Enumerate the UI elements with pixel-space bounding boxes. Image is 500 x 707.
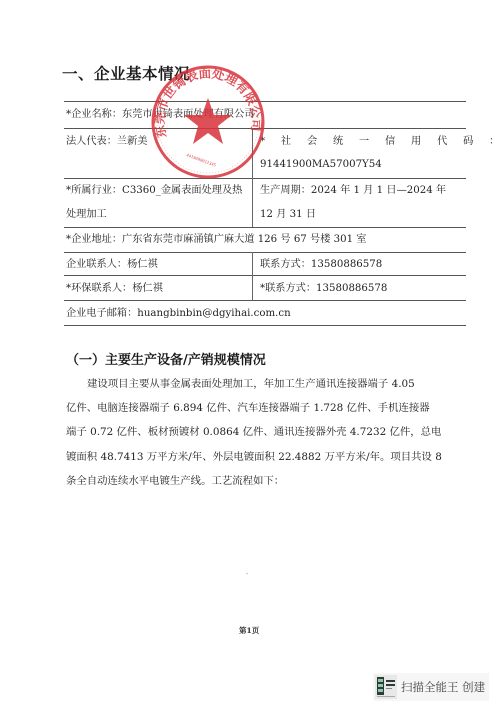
- industry-line-1: *所属行业：C3360_金属表面处理及热: [66, 183, 242, 199]
- table-rule: [64, 101, 466, 102]
- svg-text:4419000012345: 4419000012345: [186, 152, 218, 168]
- company-email: 企业电子邮箱：huangbinbin@dgyihai.com.cn: [66, 306, 291, 322]
- column-divider: [252, 128, 253, 178]
- credit-code-label: * 社 会 统 一 信 用 代 码 ：: [260, 134, 500, 150]
- table-rule: [64, 300, 466, 301]
- industry-line-2: 处理加工: [66, 207, 107, 223]
- env-contact-phone: *联系方式：13580886578: [260, 281, 387, 297]
- section-title: 一、企业基本情况: [62, 62, 190, 84]
- paragraph-line: 端子 0.72 亿件、板材预镀材 0.0864 亿件、通讯连接器外壳 4.723…: [66, 420, 476, 444]
- table-rule: [64, 227, 466, 228]
- paragraph-line: 条全自动连续水平电镀生产线。工艺流程如下：: [66, 469, 476, 493]
- paragraph-line: 建设项目主要从事金属表面处理加工，年加工生产通讯连接器端子 4.05: [66, 372, 476, 396]
- table-rule: [64, 252, 466, 253]
- legal-representative: 法人代表：兰新美: [66, 134, 148, 150]
- stray-mark: -: [246, 570, 248, 578]
- company-address: *企业地址：广东省东莞市麻涌镇广麻大道 126 号 67 号楼 301 室: [66, 232, 367, 248]
- watermark-text: 扫描全能王 创建: [401, 679, 485, 695]
- production-period-line-2: 12 月 31 日: [260, 207, 316, 223]
- contact-person: 企业联系人：杨仁祺: [66, 257, 158, 273]
- scanner-watermark: 扫描全能王 创建: [373, 673, 489, 701]
- paragraph-line: 亿件、电脑连接器端子 6.894 亿件、汽车连接器端子 1.728 亿件、手机连…: [66, 396, 476, 420]
- column-divider: [252, 252, 253, 300]
- table-rule: [64, 178, 466, 179]
- paragraph-line: 镀面积 48.7413 万平方米/年、外层电镀面积 22.4882 万平方米/年…: [66, 445, 476, 469]
- credit-code-value: 91441900MA57007Y54: [260, 157, 382, 173]
- table-rule: [64, 128, 466, 129]
- subsection-title: （一）主要生产设备/产销规模情况: [66, 349, 266, 368]
- production-description: 建设项目主要从事金属表面处理加工，年加工生产通讯连接器端子 4.05 亿件、电脑…: [66, 372, 476, 493]
- document-page: 一、企业基本情况 *企业名称：东莞市世锜表面处理有限公司 法人代表：兰新美 * …: [0, 0, 500, 707]
- production-period-line-1: 生产周期：2024 年 1 月 1 日—2024 年: [260, 183, 446, 199]
- camscanner-logo-icon: [375, 675, 397, 699]
- column-divider: [252, 178, 253, 227]
- table-rule: [64, 275, 466, 276]
- table-rule: [64, 325, 466, 326]
- company-name: *企业名称：东莞市世锜表面处理有限公司: [66, 107, 254, 123]
- env-contact-person: *环保联系人：杨仁祺: [66, 281, 163, 297]
- contact-phone: 联系方式：13580886578: [260, 257, 382, 273]
- page-number: 第1页: [239, 625, 259, 636]
